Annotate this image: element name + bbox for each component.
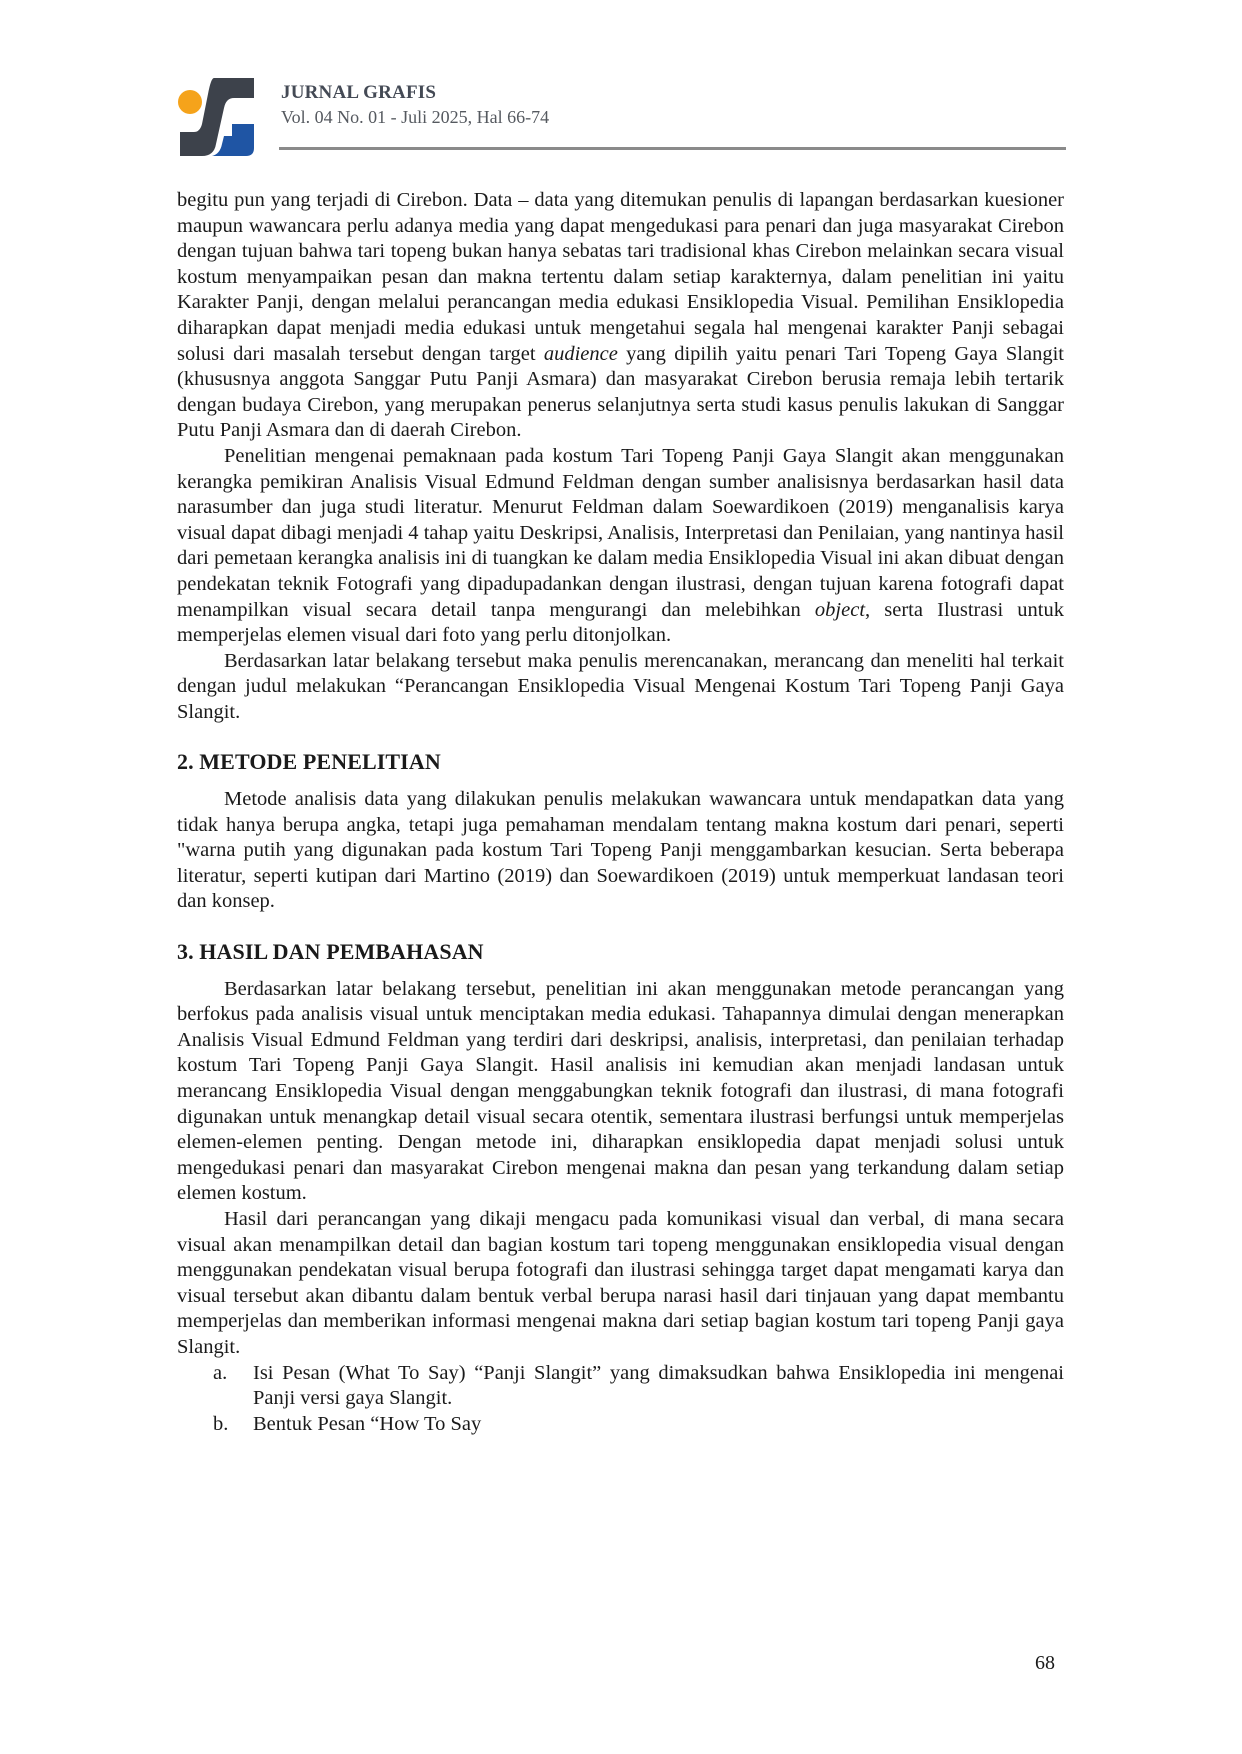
italic-term: object <box>815 599 865 621</box>
page-number: 68 <box>1035 1652 1055 1675</box>
hasil-paragraph-2: Hasil dari perancangan yang dikaji menga… <box>177 1207 1064 1361</box>
journal-volume-info: Vol. 04 No. 01 - Juli 2025, Hal 66-74 <box>281 107 549 128</box>
section-heading-hasil: 3. HASIL DAN PEMBAHASAN <box>177 939 1064 965</box>
intro-paragraph-3: Berdasarkan latar belakang tersebut maka… <box>177 649 1064 726</box>
intro-paragraph-2: Penelitian mengenai pemaknaan pada kostu… <box>177 444 1064 649</box>
intro-paragraph-1: begitu pun yang terjadi di Cirebon. Data… <box>177 188 1064 444</box>
paragraph-text: begitu pun yang terjadi di Cirebon. Data… <box>177 189 1064 365</box>
list-marker: a. <box>213 1361 227 1387</box>
list-item-text: Bentuk Pesan “How To Say <box>253 1413 481 1435</box>
article-body: begitu pun yang terjadi di Cirebon. Data… <box>177 188 1064 1437</box>
journal-title: JURNAL GRAFIS <box>281 82 436 104</box>
paragraph-text: Penelitian mengenai pemaknaan pada kostu… <box>177 445 1064 621</box>
jurnal-grafis-logo-icon <box>176 78 254 156</box>
section-heading-metode: 2. METODE PENELITIAN <box>177 749 1064 775</box>
hasil-paragraph-1: Berdasarkan latar belakang tersebut, pen… <box>177 977 1064 1207</box>
journal-header: JURNAL GRAFIS Vol. 04 No. 01 - Juli 2025… <box>176 78 1066 158</box>
metode-paragraph: Metode analisis data yang dilakukan penu… <box>177 787 1064 915</box>
message-list: a. Isi Pesan (What To Say) “Panji Slangi… <box>177 1361 1064 1438</box>
list-item: b. Bentuk Pesan “How To Say <box>177 1412 1064 1438</box>
header-divider <box>279 147 1066 150</box>
list-item-text: Isi Pesan (What To Say) “Panji Slangit” … <box>253 1362 1064 1410</box>
italic-term: audience <box>544 343 618 365</box>
list-marker: b. <box>213 1412 228 1438</box>
list-item: a. Isi Pesan (What To Say) “Panji Slangi… <box>177 1361 1064 1412</box>
